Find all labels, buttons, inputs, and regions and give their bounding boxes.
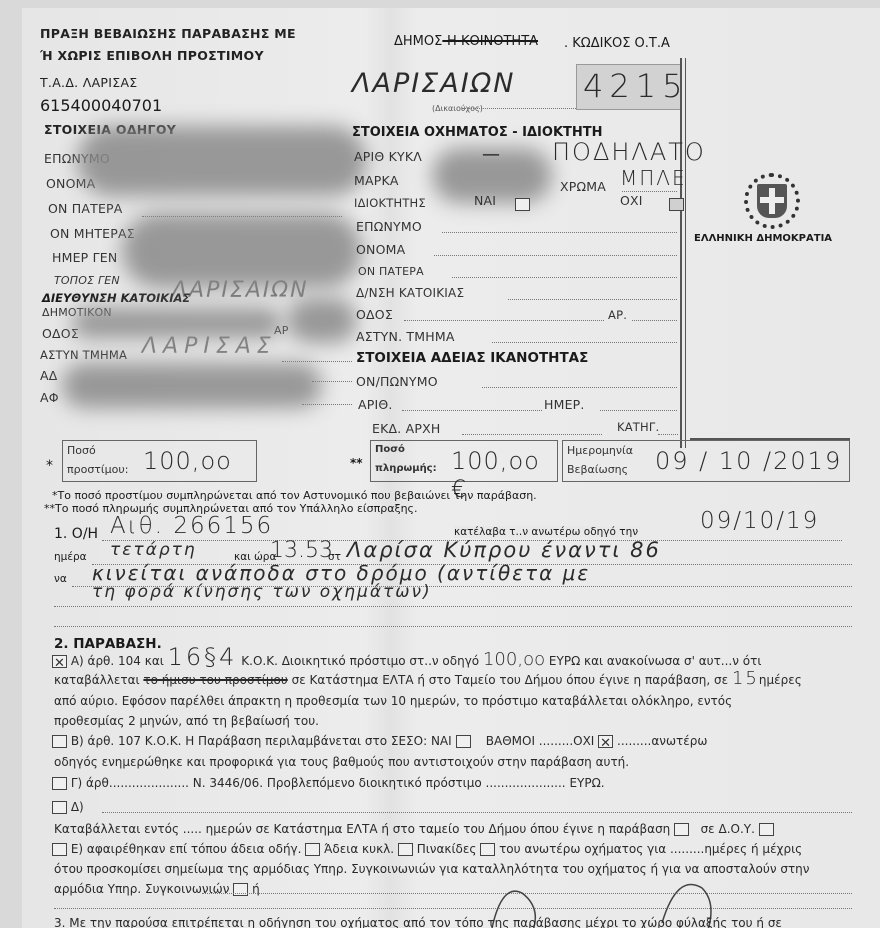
authority: Τ.Α.Δ. ΛΑΡΙΣΑΣ [40, 75, 138, 90]
license-name-label: ΟΝ/ΠΩΝΥΜΟ [356, 374, 438, 389]
ceso-no-checkbox[interactable] [598, 735, 613, 748]
day-label: ημέρα [54, 551, 87, 563]
redaction-blur [287, 298, 357, 343]
incident-date-handwritten: 09/10/19 [700, 508, 819, 534]
driver-police-dept-label: ΑΣΤΥΝ ΤΜΗΜΑ [40, 348, 127, 362]
greek-emblem-icon [744, 173, 800, 229]
vehicle-type-handwritten: ΠΟΔΗΛΑΤΟ [552, 138, 706, 166]
ota-code-box: 4215 [576, 64, 682, 110]
owner-yes-label: ΝΑΙ [474, 193, 496, 208]
title-line-1: ΠΡΑΞΗ ΒΕΒΑΙΩΣΗΣ ΠΑΡΑΒΑΣΗΣ ΜΕ [40, 26, 296, 41]
violation-e-line: Ε) αφαιρέθηκαν επί τόπου άδεια οδήγ. Άδε… [52, 838, 802, 860]
owner-surname-label: ΕΠΩΝΥΜΟ [356, 219, 422, 234]
license-date-label: ΗΜΕΡ. [544, 397, 585, 412]
owner-street-label: ΟΔΟΣ [356, 307, 393, 322]
ceso-yes-checkbox[interactable] [456, 735, 471, 748]
violation-b-line: Β) άρθ. 107 Κ.Ο.Κ. Η Παράβαση περιλαμβάν… [52, 730, 707, 752]
brand-label: ΜΑΡΚΑ [354, 173, 399, 188]
violation-e-checkbox[interactable] [52, 843, 67, 856]
violation-c-checkbox[interactable] [52, 777, 67, 790]
owner-name-label: ΟΝΟΜΑ [356, 242, 405, 257]
violation-b-checkbox[interactable] [52, 735, 67, 748]
violation-c-line: Γ) άρθ..................... Ν. 3446/06. … [52, 772, 605, 794]
ota-code-value: 4215 [583, 67, 688, 105]
plate-label: ΑΡΙΘ ΚΥΚΛ [354, 149, 422, 164]
fine-amount-value: 100,oo [143, 447, 232, 475]
owner-police-dept-label: ΑΣΤΥΝ. ΤΜΗΜΑ [356, 329, 455, 344]
owner-no-label: ΟΧΙ [620, 193, 643, 208]
payment-stars: ** [350, 456, 363, 470]
license-category-label: ΚΑΤΗΓ. [617, 420, 659, 434]
redaction-blur [122, 213, 362, 288]
municipality-handwritten: ΛΑΡΙΣΑΙΩΝ [352, 68, 516, 99]
payment-amount-box: Ποσό πληρωμής: 100,oo € [370, 440, 558, 482]
day-handwritten: τετάρτη [110, 540, 197, 560]
driver-mother-label: ΟΝ ΜΗΤΕΡΑΣ [50, 226, 135, 241]
description-line-2: τη φορά κίνησης των οχημάτων) [92, 582, 432, 602]
owner-address-label: Δ/ΝΣΗ ΚΑΤΟΙΚΙΑΣ [356, 286, 464, 300]
violation-amount-handwritten: 100,oo [483, 649, 545, 670]
license-removed-checkbox[interactable] [305, 843, 320, 856]
violation-e-line-3: αρμόδια Υπηρ. Συγκοινωνιών ή [54, 878, 260, 900]
driver-tax-label: ΑΦ [40, 390, 59, 405]
registration-removed-checkbox[interactable] [398, 843, 413, 856]
title-line-2: Ή ΧΩΡΙΣ ΕΠΙΒΟΛΗ ΠΡΟΣΤΙΜΟΥ [40, 48, 264, 63]
violation-d-checkbox[interactable] [52, 801, 67, 814]
pay-municipality-checkbox[interactable] [674, 823, 689, 836]
payment-days-handwritten: 15 [732, 668, 759, 689]
plate-value: — [482, 144, 500, 165]
place-handwritten: Λαρίσα Κύπρου έναντι 86 [347, 538, 661, 562]
ota-code-label: . ΚΩΔΙΚΟΣ Ο.Τ.Α [564, 36, 670, 51]
owner-street-number-label: ΑΡ. [608, 308, 627, 322]
fine-star: * [46, 458, 53, 474]
officer-id-handwritten: Αιθ. 266156 [110, 513, 273, 539]
na-label: να [54, 573, 67, 585]
owner-yes-checkbox[interactable] [515, 198, 530, 211]
owner-no-checkbox[interactable] [669, 198, 684, 211]
violation-a-line-3: από αύριο. Εφόσον παρέλθει άπρακτη η προ… [54, 690, 732, 712]
license-authority-label: ΕΚΔ. ΑΡΧΗ [372, 421, 440, 436]
violation-a-line-4: προθεσμίας 2 μηνών, από τη βεβαίωσή του. [54, 710, 319, 732]
color-label: ΧΡΩΜΑ [560, 179, 606, 194]
plates-removed-checkbox[interactable] [480, 843, 495, 856]
time-handwritten: 13.53 [270, 538, 333, 563]
officer-label: 1. Ο/Η [54, 526, 98, 542]
redaction-blur [72, 308, 282, 338]
section-3-text: 3. Με την παρούσα επιτρέπεται η οδήγηση … [54, 912, 782, 928]
municipality-label: ΔΗΜΟΣ-Η ΚΟΙΝΟΤΗΤΑ [394, 34, 538, 49]
license-number-label: ΑΡΙΘ. [358, 397, 393, 412]
color-handwritten: ΜΠΛΕ [620, 166, 687, 190]
community-label-struck: -Η ΚΟΙΝΟΤΗΤΑ [442, 34, 538, 49]
violation-a-checkbox[interactable] [52, 655, 67, 668]
traffic-ticket-document: ΠΡΑΞΗ ΒΕΒΑΙΩΣΗΣ ΠΑΡΑΒΑΣΗΣ ΜΕ Ή ΧΩΡΙΣ ΕΠΙ… [22, 8, 880, 928]
driver-father-label: ΟΝ ΠΑΤΕΡΑ [48, 201, 123, 216]
serial-number: 615400040701 [40, 96, 162, 115]
driver-birthplace-label: ΤΟΠΟΣ ΓΕΝ [54, 274, 120, 287]
fine-footnote: *Το ποσό προστίμου συμπληρώνεται από τον… [52, 489, 537, 502]
violation-b-line-2: οδηγός ενημερώθηκε και προφορικά για του… [54, 751, 629, 773]
violation-d-line: Δ) [52, 796, 84, 818]
license-section-title: ΣΤΟΙΧΕΙΑ ΑΔΕΙΑΣ ΙΚΑΝΟΤΗΤΑΣ [356, 350, 588, 366]
send-to-transport-checkbox[interactable] [233, 883, 248, 896]
owner-label: ΙΔΙΟΚΤΗΤΗΣ [354, 196, 426, 210]
confirmation-date-box: Ημερομηνία Βεβαίωσης 09 / 10 /2019 [562, 440, 850, 482]
emblem-caption: ΕΛΛΗΝΙΚΗ ΔΗΜΟΚΡΑΤΙΑ [694, 233, 832, 244]
violation-article-handwritten: 16§4 [168, 643, 238, 671]
driver-address-title: ΔΙΕΥΘΥΝΣΗ ΚΑΤΟΙΚΙΑΣ [42, 291, 190, 305]
owner-father-label: ΟΝ ΠΑΤΕΡΑ [358, 265, 424, 278]
violation-a-line-2: καταβάλλεται το ήμισυ του προστίμου σε Κ… [54, 668, 802, 691]
caught-text: κατέλαβα τ..ν ανωτέρω οδηγό την [454, 526, 638, 538]
driver-birthdate-label: ΗΜΕΡ ΓΕΝ [52, 250, 117, 265]
pay-tax-office-checkbox[interactable] [759, 823, 774, 836]
confirmation-date-value: 09 / 10 /2019 [655, 447, 842, 475]
driver-id-label: ΑΔ [40, 368, 58, 383]
redaction-blur [62, 363, 322, 408]
redaction-blur [77, 126, 367, 196]
fine-amount-box: Ποσό προστίμου: 100,oo [62, 440, 257, 482]
payment-terms-line: Καταβάλλεται εντός ..... ημερών σε Κατάσ… [54, 818, 774, 840]
